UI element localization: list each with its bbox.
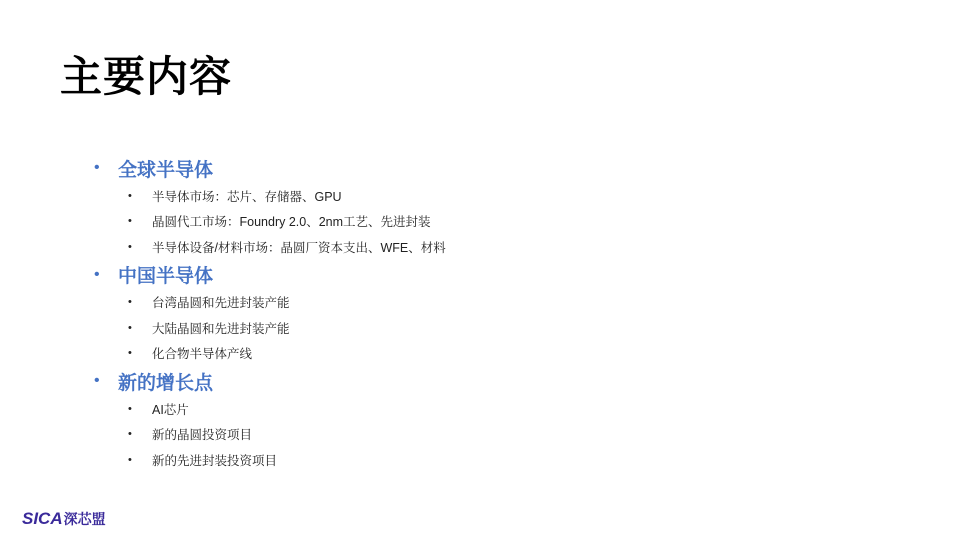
bullet-icon: • xyxy=(128,241,152,253)
bullet-icon: • xyxy=(128,454,152,466)
bullet-icon: • xyxy=(128,322,152,334)
logo-text-cn: 深芯盟 xyxy=(64,509,106,529)
list-item: •化合物半导体产线 xyxy=(94,341,446,367)
list-item: •半导体设备/材料市场：晶圆厂资本支出、WFE、材料 xyxy=(94,234,446,260)
list-item: •大陆晶圆和先进封装产能 xyxy=(94,315,446,341)
list-item: •台湾晶圆和先进封装产能 xyxy=(94,290,446,316)
list-item: •新的先进封装投资项目 xyxy=(94,447,446,473)
slide-title: 主要内容 xyxy=(60,44,232,104)
bullet-icon: • xyxy=(94,366,118,396)
section-new-growth: • 新的增长点 •AI芯片 •新的晶圆投资项目 •新的先进封装投资项目 xyxy=(94,366,446,473)
list-item: •半导体市场：芯片、存储器、GPU xyxy=(94,183,446,209)
list-item-label: 新的先进封装投资项目 xyxy=(152,451,277,469)
logo-text-en: SICA xyxy=(22,509,63,529)
list-item-label: 大陆晶圆和先进封装产能 xyxy=(152,319,290,337)
section-global-semiconductor: • 全球半导体 •半导体市场：芯片、存储器、GPU •晶圆代工市场：Foundr… xyxy=(94,153,446,260)
bullet-icon: • xyxy=(128,190,152,202)
list-item-label: 半导体市场：芯片、存储器、GPU xyxy=(152,187,342,205)
list-item-label: AI芯片 xyxy=(152,400,189,418)
list-item: •晶圆代工市场：Foundry 2.0、2nm工艺、先进封装 xyxy=(94,209,446,235)
list-item: •AI芯片 xyxy=(94,396,446,422)
bullet-icon: • xyxy=(128,403,152,415)
sica-logo: SICA 深芯盟 xyxy=(22,509,106,529)
list-item-label: 化合物半导体产线 xyxy=(152,344,252,362)
bullet-icon: • xyxy=(128,215,152,227)
list-item-label: 台湾晶圆和先进封装产能 xyxy=(152,293,290,311)
list-item-label: 新的晶圆投资项目 xyxy=(152,425,252,443)
section-heading: 全球半导体 xyxy=(118,155,213,182)
bullet-icon: • xyxy=(94,153,118,183)
list-item-label: 晶圆代工市场：Foundry 2.0、2nm工艺、先进封装 xyxy=(152,212,431,230)
list-item: •新的晶圆投资项目 xyxy=(94,422,446,448)
bullet-icon: • xyxy=(94,260,118,290)
bullet-icon: • xyxy=(128,347,152,359)
list-item-label: 半导体设备/材料市场：晶圆厂资本支出、WFE、材料 xyxy=(152,238,446,256)
content-list: • 全球半导体 •半导体市场：芯片、存储器、GPU •晶圆代工市场：Foundr… xyxy=(94,153,446,473)
section-heading: 中国半导体 xyxy=(118,261,213,288)
bullet-icon: • xyxy=(128,428,152,440)
section-heading: 新的增长点 xyxy=(118,368,213,395)
bullet-icon: • xyxy=(128,296,152,308)
section-china-semiconductor: • 中国半导体 •台湾晶圆和先进封装产能 •大陆晶圆和先进封装产能 •化合物半导… xyxy=(94,260,446,367)
